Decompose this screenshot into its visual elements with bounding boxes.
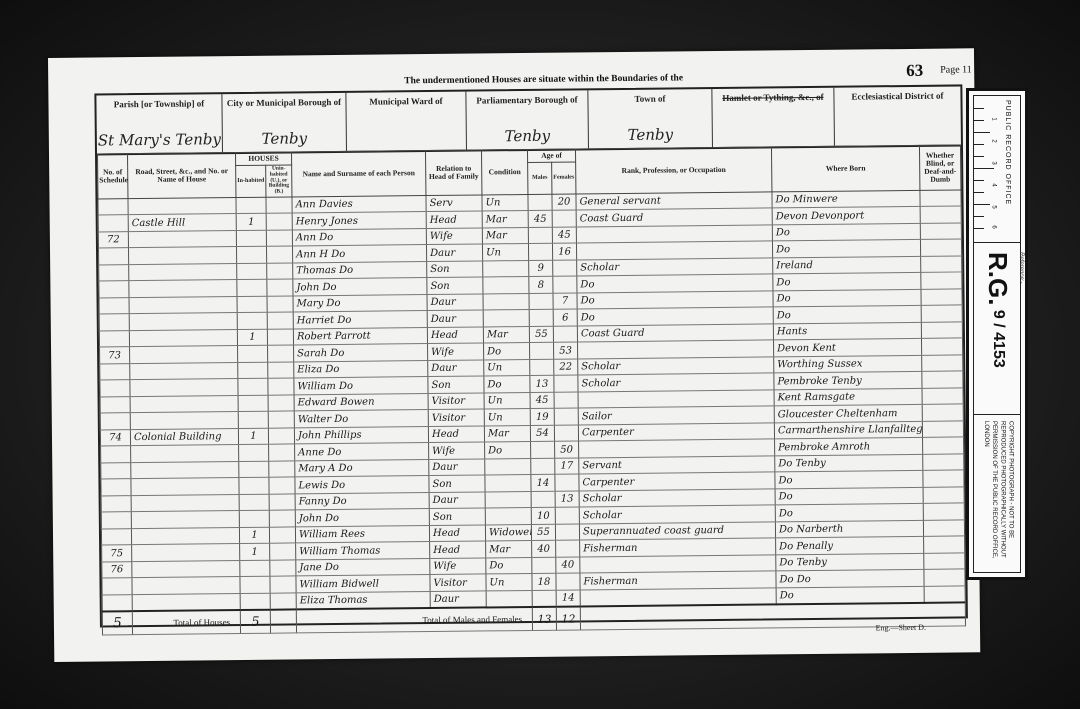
uninhabited: [270, 593, 296, 610]
hamlet-value: [713, 142, 834, 143]
hamlet-cell: Hamlet or Tything, &c., of: [712, 88, 835, 147]
age-female: 45: [552, 227, 576, 244]
inhabited: [239, 511, 269, 528]
infirmity: [924, 569, 965, 586]
where-born: Do: [775, 504, 923, 522]
person-name: John Phillips: [294, 426, 428, 444]
schedule-total: 5: [102, 611, 132, 635]
infirmity: [921, 322, 962, 339]
address: [130, 395, 238, 413]
inhabited: [237, 263, 267, 280]
where-born: Do: [775, 487, 923, 505]
address: [132, 560, 240, 578]
inhabited: 1: [240, 544, 270, 561]
occupation: Servant: [579, 456, 775, 475]
relation: Head: [429, 525, 485, 542]
occupation: [579, 439, 775, 458]
condition: [485, 491, 531, 508]
where-born: Do: [772, 240, 920, 258]
scale-number: 2: [991, 139, 997, 142]
scale-number: 5: [991, 205, 997, 208]
uninhabited: [267, 312, 293, 329]
address: [130, 379, 238, 397]
address: [131, 494, 239, 512]
age-female: [553, 276, 577, 293]
schedule-number: 74: [100, 429, 130, 446]
age-male: [528, 227, 552, 244]
uninhabited: [266, 246, 292, 263]
record-office-reference-card: 1 2 3 4 5 6 PUBLIC RECORD OFFICE R.G. 9 …: [966, 88, 1028, 580]
where-born: Do Minwere: [772, 190, 920, 208]
municipal-ward-value: [347, 146, 466, 147]
age-female: [554, 375, 578, 392]
inhabited: [238, 346, 268, 363]
occupation: General servant: [576, 192, 772, 211]
relation: Daur: [427, 310, 483, 327]
age-female: 20: [552, 194, 576, 211]
infirmity: [922, 421, 963, 438]
occupation: Fisherman: [580, 571, 776, 590]
occupation: [580, 588, 776, 607]
uninhabited: [268, 345, 294, 362]
relation: Daur: [427, 294, 483, 311]
infirmity: [923, 454, 964, 471]
relation: Son: [429, 508, 485, 525]
houses-total-label: Total of Houses...: [132, 610, 240, 635]
inhabited: [240, 560, 270, 577]
relation: Wife: [428, 343, 484, 360]
age-female: 6: [553, 309, 577, 326]
occupation: [580, 555, 776, 574]
infirmity: [921, 272, 962, 289]
inhabited: [238, 412, 268, 429]
schedule-number: [100, 396, 130, 413]
age-female: 13: [555, 491, 579, 508]
parliamentary-borough-label: Parliamentary Borough of: [466, 94, 587, 105]
uninhabited: [267, 279, 293, 296]
infirmity: [923, 503, 964, 520]
relation: Daur: [429, 492, 485, 509]
uninhabited: [270, 543, 296, 560]
census-page: The undermentioned Houses are situate wi…: [48, 48, 980, 662]
condition: Do: [485, 442, 531, 459]
schedule-number: [100, 413, 130, 430]
age-male: [532, 557, 556, 574]
occupation: [576, 241, 772, 260]
address: [132, 577, 240, 595]
males-total: 13: [532, 607, 556, 631]
infirmity: [923, 520, 964, 537]
parish-label: Parish [or Township] of: [96, 98, 221, 109]
uninhabited: [269, 510, 295, 527]
inhabited: [240, 593, 270, 610]
col-relation: Relation to Head of Family: [425, 150, 481, 195]
town-cell: Town of Tenby: [588, 89, 713, 148]
inhabited: [238, 362, 268, 379]
uninhabited: [269, 461, 295, 478]
age-female: [553, 260, 577, 277]
schedule-number: [99, 314, 129, 331]
reference-code-piece: 9 / 4153: [990, 310, 1007, 368]
person-name: John Do: [295, 509, 429, 527]
address: [128, 197, 236, 215]
uninhabited: [269, 444, 295, 461]
infirmity: [920, 190, 961, 207]
where-born: Gloucester Cheltenham: [774, 405, 922, 423]
age-female: 14: [556, 590, 580, 607]
condition: Un: [482, 244, 528, 261]
condition: Do: [486, 557, 532, 574]
houses-total-value: 5: [240, 610, 270, 634]
age-female: [555, 474, 579, 491]
where-born: Do: [775, 471, 923, 489]
where-born: Do Narberth: [775, 520, 923, 538]
person-name: Jane Do: [296, 558, 430, 576]
where-born: Do Tenby: [775, 454, 923, 472]
inhabited: 1: [237, 329, 267, 346]
person-name: William Do: [294, 377, 428, 395]
age-female: 17: [555, 458, 579, 475]
condition: Do: [484, 343, 530, 360]
schedule-number: [98, 215, 128, 232]
schedule-number: [101, 495, 131, 512]
occupation: Coast Guard: [577, 324, 773, 343]
uninhabited: [269, 527, 295, 544]
inhabited: [236, 197, 266, 214]
address: Colonial Building: [130, 428, 238, 446]
age-male: [528, 194, 552, 211]
inhabited: [240, 577, 270, 594]
age-female: [553, 326, 577, 343]
parliamentary-borough-cell: Parliamentary Borough of Tenby: [466, 90, 589, 149]
condition: Mar: [482, 227, 528, 244]
infirmity: [923, 487, 964, 504]
age-female: [554, 425, 578, 442]
person-name: Eliza Thomas: [296, 591, 430, 609]
where-born: Do: [773, 306, 921, 324]
person-name: Ann Do: [292, 228, 426, 246]
where-born: Kent Ramsgate: [774, 388, 922, 406]
uninhabited: [267, 329, 293, 346]
address: [131, 527, 239, 545]
age-male: 14: [531, 475, 555, 492]
relation: Wife: [429, 442, 485, 459]
condition: Widower: [485, 524, 531, 541]
address: [131, 478, 239, 496]
age-male: 40: [532, 541, 556, 558]
address: [129, 263, 237, 281]
schedule-number: 75: [102, 545, 132, 562]
condition: [486, 590, 532, 607]
where-born: Do: [773, 273, 921, 291]
parish-cell: Parish [or Township] of St Mary's Tenby: [96, 94, 223, 153]
address: [129, 329, 237, 347]
age-male: 45: [528, 211, 552, 228]
uninhabited: [268, 395, 294, 412]
age-female: [555, 524, 579, 541]
address: [128, 247, 236, 265]
condition: Mar: [483, 326, 529, 343]
address: [130, 412, 238, 430]
col-name: Name and Surname of each Person: [291, 151, 425, 197]
census-rows: Ann DaviesServUn20General servantDo Minw…: [98, 190, 965, 612]
age-male: 19: [530, 409, 554, 426]
municipal-borough-cell: City or Municipal Borough of Tenby: [222, 93, 347, 152]
ecclesiastical-district-cell: Ecclesiastical District of: [834, 86, 961, 145]
age-male: [529, 293, 553, 310]
uninhabited: [267, 296, 293, 313]
uninhabited: [269, 477, 295, 494]
reference-code: R.G. 9 / 4153: [982, 252, 1013, 368]
municipal-borough-label: City or Municipal Borough of: [222, 97, 345, 108]
address: [129, 313, 237, 331]
inhabited: [239, 461, 269, 478]
age-male: 54: [530, 425, 554, 442]
person-name: Mary A Do: [295, 459, 429, 477]
condition: [483, 260, 529, 277]
schedule-number: [101, 479, 131, 496]
uninhabited-total: [270, 610, 296, 634]
address: Castle Hill: [128, 214, 236, 232]
address: [130, 362, 238, 380]
age-male: 9: [529, 260, 553, 277]
occupation: [578, 340, 774, 359]
copyright-notice: COPYRIGHT PHOTOGRAPH - NOT TO BE REPRODU…: [974, 414, 1020, 575]
schedule-number: 72: [98, 231, 128, 248]
inhabited: [239, 478, 269, 495]
sheet-footer: Eng.—Sheet D.: [876, 623, 927, 633]
scale-number: 4: [991, 183, 997, 186]
schedule-number: [101, 462, 131, 479]
inhabited: [239, 494, 269, 511]
uninhabited: [270, 560, 296, 577]
condition: [485, 458, 531, 475]
infirmity: [922, 388, 963, 405]
condition: [485, 508, 531, 525]
person-name: Fanny Do: [295, 492, 429, 510]
where-born: Devon Devonport: [772, 207, 920, 225]
occupation: Fisherman: [580, 538, 776, 557]
inhabited: [237, 296, 267, 313]
schedule-number: [100, 380, 130, 397]
relation: Daur: [426, 244, 482, 261]
age-male: 10: [531, 508, 555, 525]
col-houses: HOUSES: [236, 152, 292, 166]
where-born: Do Penally: [776, 537, 924, 555]
occupation: Scholar: [578, 357, 774, 376]
age-male: [532, 590, 556, 607]
condition: Un: [484, 359, 530, 376]
person-name: Thomas Do: [293, 261, 427, 279]
condition: Un: [484, 392, 530, 409]
age-male: [529, 310, 553, 327]
relation: Head: [427, 327, 483, 344]
schedule-folio-number: 63: [906, 61, 923, 81]
col-schedule: No. of Schedule: [98, 154, 128, 199]
relation: Visitor: [430, 574, 486, 591]
address: [131, 511, 239, 529]
scale-number: 1: [991, 117, 997, 120]
copyright-text: COPYRIGHT PHOTOGRAPH - NOT TO BE REPRODU…: [982, 421, 1014, 575]
census-table: No. of Schedule Road, Street, &c., and N…: [97, 144, 966, 635]
age-male: 8: [529, 277, 553, 294]
scale-number: 3: [991, 161, 997, 164]
where-born: Pembroke Tenby: [774, 372, 922, 390]
municipal-ward-label: Municipal Ward of: [346, 96, 465, 107]
schedule-number: [102, 578, 132, 595]
relation: Son: [427, 277, 483, 294]
where-born: Do Do: [776, 570, 924, 588]
age-female: 16: [552, 243, 576, 260]
age-male: 45: [530, 392, 554, 409]
uninhabited: [266, 197, 292, 214]
relation: Son: [427, 261, 483, 278]
person-name: Walter Do: [294, 410, 428, 428]
uninhabited: [266, 213, 292, 230]
uninhabited: [268, 411, 294, 428]
condition: Mar: [486, 541, 532, 558]
boundaries-heading: The undermentioned Houses are situate wi…: [404, 73, 683, 86]
occupation: Scholar: [578, 373, 774, 392]
person-name: Sarah Do: [294, 344, 428, 362]
infirmity: [920, 223, 961, 240]
age-male: 55: [531, 524, 555, 541]
schedule-number: [98, 198, 128, 215]
inhabited: [236, 230, 266, 247]
age-female: 53: [554, 342, 578, 359]
occupation: Scholar: [577, 258, 773, 277]
infirmity: [922, 371, 963, 388]
relation: Daur: [428, 360, 484, 377]
occupation: Do: [577, 307, 773, 326]
parliamentary-borough-value: Tenby: [467, 126, 588, 145]
condition: Un: [486, 574, 532, 591]
col-address: Road, Street, &c., and No. or Name of Ho…: [128, 153, 236, 199]
relation: Son: [429, 475, 485, 492]
schedule-number: [99, 281, 129, 298]
condition: [483, 310, 529, 327]
relation: Visitor: [428, 393, 484, 410]
where-born: Devon Kent: [773, 339, 921, 357]
schedule-number: [99, 330, 129, 347]
person-name: Ann H Do: [292, 245, 426, 263]
where-born: Do Tenby: [776, 553, 924, 571]
infirmity: [921, 289, 962, 306]
infirmity: [921, 256, 962, 273]
address: [129, 296, 237, 314]
relation: Serv: [426, 195, 482, 212]
address: [128, 230, 236, 248]
reference-label: Reference:-: [1018, 252, 1024, 283]
age-female: 40: [556, 557, 580, 574]
person-name: Ann Davies: [292, 195, 426, 213]
where-born: Worthing Sussex: [774, 355, 922, 373]
relation: Son: [428, 376, 484, 393]
person-name: Edward Bowen: [294, 393, 428, 411]
person-name: Robert Parrott: [293, 327, 427, 345]
schedule-number: [101, 528, 131, 545]
females-total: 12: [556, 607, 580, 631]
inhabited: [238, 395, 268, 412]
reference-card-inner: 1 2 3 4 5 6 PUBLIC RECORD OFFICE R.G. 9 …: [973, 95, 1021, 573]
relation: Visitor: [428, 409, 484, 426]
age-female: [554, 392, 578, 409]
person-name: Lewis Do: [295, 476, 429, 494]
occupation: Scholar: [579, 489, 775, 508]
col-age: Age of: [527, 149, 575, 163]
condition: Un: [482, 194, 528, 211]
relation: Wife: [430, 558, 486, 575]
uninhabited: [270, 576, 296, 593]
inhabited: [239, 445, 269, 462]
infirmity: [923, 437, 964, 454]
infirmity: [920, 239, 961, 256]
inhabited: [238, 379, 268, 396]
uninhabited: [269, 494, 295, 511]
age-male: [530, 343, 554, 360]
age-male: [531, 491, 555, 508]
inhabited: [237, 280, 267, 297]
condition: [483, 293, 529, 310]
uninhabited: [266, 230, 292, 247]
col-infirmity: Whether Blind, or Deaf-and-Dumb: [919, 145, 960, 190]
address: [130, 346, 238, 364]
schedule-number: [99, 297, 129, 314]
condition: Do: [484, 376, 530, 393]
schedule-number: 73: [100, 347, 130, 364]
scale-number: 6: [991, 225, 997, 228]
town-label: Town of: [588, 93, 711, 104]
inhabited: 1: [239, 527, 269, 544]
public-record-office-label: PUBLIC RECORD OFFICE: [1004, 100, 1011, 205]
age-female: [555, 507, 579, 524]
age-female: [552, 210, 576, 227]
where-born: Do: [772, 223, 920, 241]
schedule-number: [98, 248, 128, 265]
age-female: 50: [555, 441, 579, 458]
where-born: Do: [773, 289, 921, 307]
where-born: Hants: [773, 322, 921, 340]
address: [131, 445, 239, 463]
persons-total-label: Total of Males and Females...: [296, 607, 532, 633]
municipal-ward-cell: Municipal Ward of: [346, 92, 467, 151]
where-born: Carmarthenshire Llanfallteg: [774, 421, 922, 439]
schedule-number: [101, 512, 131, 529]
occupation: Carpenter: [578, 423, 774, 442]
inhabited: [236, 247, 266, 264]
scale-ruler: 1 2 3 4 5 6 PUBLIC RECORD OFFICE: [974, 96, 1020, 243]
uninhabited: [267, 263, 293, 280]
col-occupation: Rank, Profession, or Occupation: [575, 147, 771, 194]
infirmity: [924, 586, 965, 603]
age-male: 13: [530, 376, 554, 393]
schedule-number: 76: [102, 561, 132, 578]
age-male: 18: [532, 574, 556, 591]
person-name: William Thomas: [296, 542, 430, 560]
schedule-number: [101, 446, 131, 463]
person-name: Harriet Do: [293, 311, 427, 329]
reference-code-prefix: R.G.: [983, 252, 1013, 305]
relation: Daur: [430, 591, 486, 609]
relation: Daur: [429, 459, 485, 476]
page-label: Page 11: [940, 64, 972, 75]
person-name: William Bidwell: [296, 575, 430, 593]
col-age-males: Males: [528, 162, 552, 194]
uninhabited: [268, 378, 294, 395]
uninhabited: [268, 428, 294, 445]
schedule-number: [102, 594, 132, 611]
census-form-frame: Parish [or Township] of St Mary's Tenby …: [94, 84, 968, 627]
